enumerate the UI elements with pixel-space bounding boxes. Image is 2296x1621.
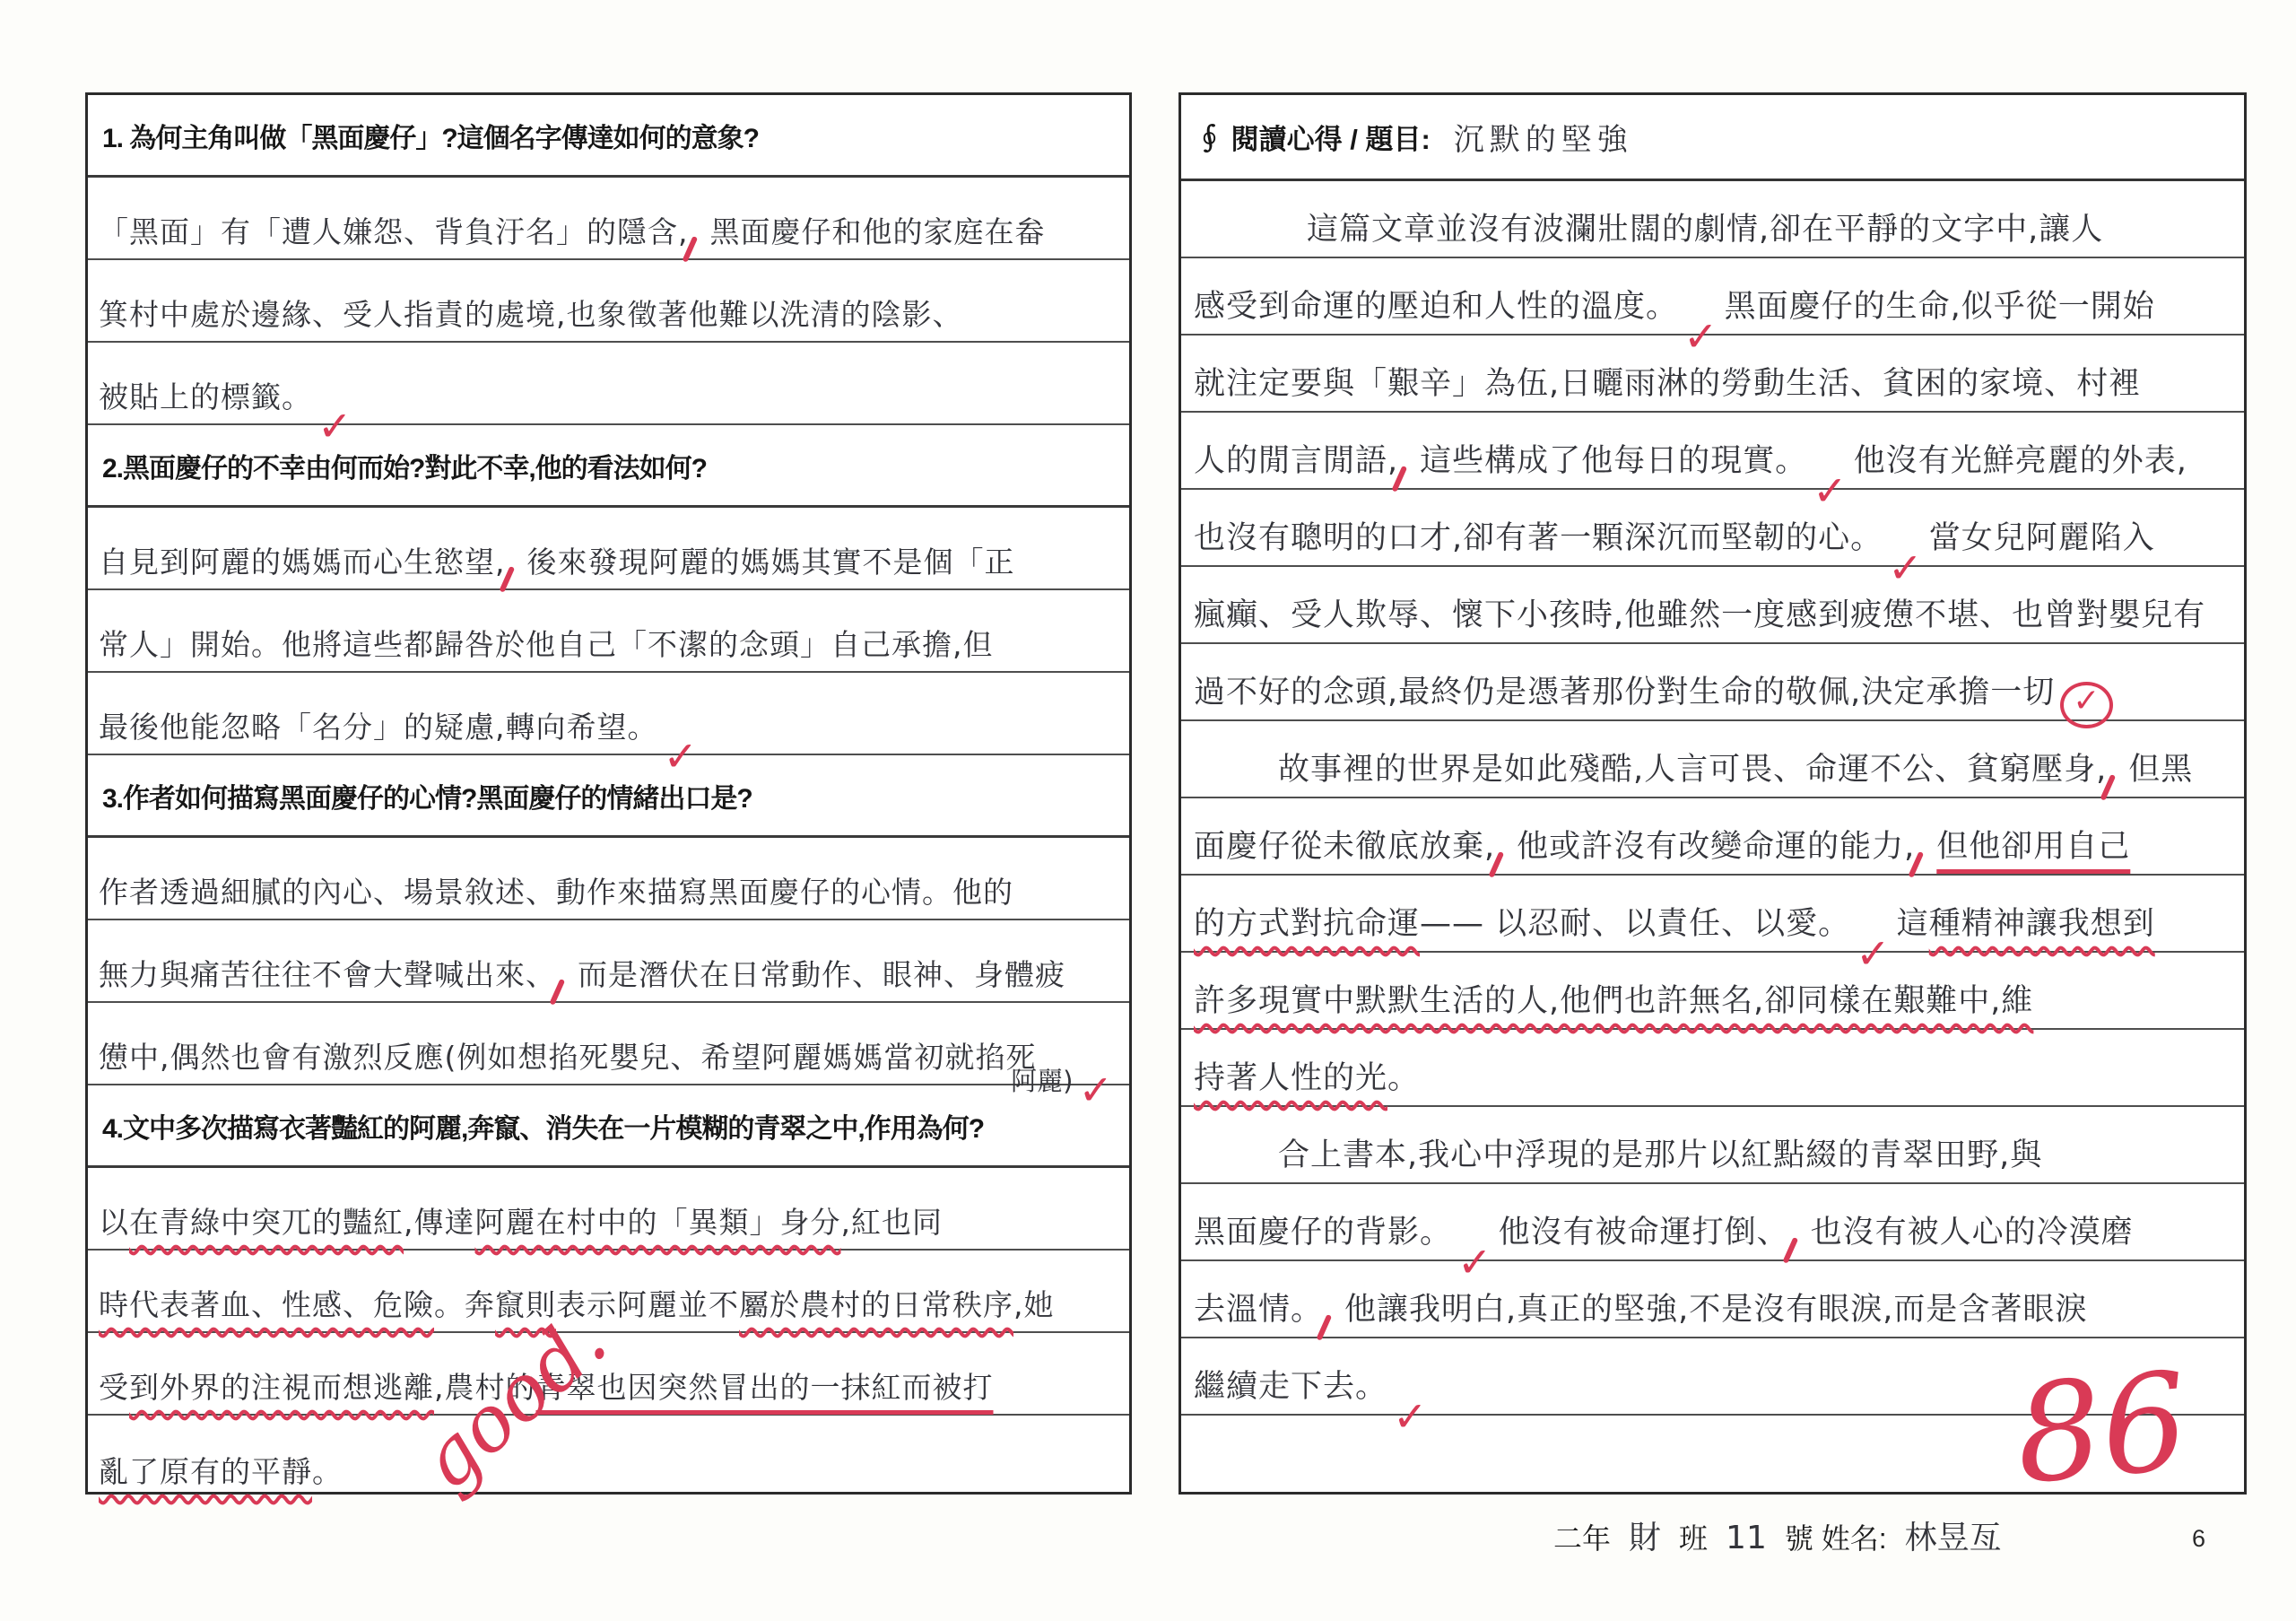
handwriting-segment: 這 <box>1897 899 1929 944</box>
reflection-line-6: 瘋癲、受人欺辱、懷下小孩時,他雖然一度感到疲憊不堪、也曾對嬰兒有 <box>1181 567 2244 644</box>
answer-3-line-3-text: 憊中,偶然也會有激烈反應(例如想掐死嬰兒、希望阿麗媽媽當初就掐死 <box>99 1034 1036 1076</box>
answer-4-line-4: 亂了原有的平靜。 <box>88 1416 1129 1498</box>
handwriting-segment: 他沒有光鮮亮麗的外表, <box>1854 436 2187 481</box>
handwriting-segment: 被貼上的標籤。 <box>99 374 312 416</box>
handwriting-segment: 黑面慶仔的背影。 <box>1194 1207 1452 1252</box>
question-2-header: 2.黑面慶仔的不幸由何而始?對此不幸,他的看法如何? <box>88 425 1129 508</box>
reflection-line-8: 故事裡的世界是如此殘酷,人言可畏、命運不公、貧窮壓身,但黑 <box>1181 721 2244 798</box>
handwriting-segment: 種精神讓我想到 <box>1929 899 2155 944</box>
handwriting-segment: 持著人性的光 <box>1194 1053 1387 1098</box>
handwriting-segment: 亂了原有的平靜 <box>99 1449 312 1491</box>
handwriting-segment: 在青綠中突兀的豔紅 <box>129 1199 404 1242</box>
handwriting-segment: 故事裡的世界是如此殘酷,人言可畏、命運不公、貧窮壓身, <box>1278 745 2107 789</box>
handwriting-segment: 也沒有聰明的口才,卻有著一顆深沉而堅韌的心。 <box>1194 513 1883 558</box>
reflection-line-9: 面慶仔從未徹底放棄,他或許沒有改變命運的能力,但他卻用自己 <box>1181 798 2244 876</box>
red-check-mark-icon <box>1078 1090 1113 1095</box>
reflection-line-12: 持著人性的光。 <box>1181 1030 2244 1107</box>
handwriting-segment: 但他卻用自己 <box>1936 822 2130 867</box>
reflection-line-2: 感受到命運的壓迫和人性的溫度。黑面慶仔的生命,似乎從一開始 <box>1181 258 2244 336</box>
handwriting-segment: ,她 <box>1013 1282 1055 1324</box>
reflection-line-11: 許多現實中默默生活的人,他們也許無名,卻同樣在艱難中,維 <box>1181 953 2244 1030</box>
handwriting-segment: 這篇文章並沒有波瀾壯闊的劇情,卻在平靜的文字中,讓人 <box>1307 205 2103 249</box>
handwriting-segment: 過不好的念頭,最終仍是憑著那份對生命的敬佩,決定承擔一切 <box>1194 667 2055 712</box>
handwriting-segment: 阿麗) <box>1011 1066 1073 1096</box>
reflection-header: ∮ 閱讀心得 / 題目: 沉默的堅強 <box>1181 95 2244 181</box>
handwriting-segment: 去溫情。 <box>1194 1285 1323 1329</box>
handwriting-segment: 瘋癲、受人欺辱、懷下小孩時,他雖然一度感到疲憊不堪、也曾對嬰兒有 <box>1194 590 2205 635</box>
handwriting-segment: 感受到命運的壓迫和人性的溫度。 <box>1194 282 1678 327</box>
handwriting-segment: 阿麗在村中的「異類」身分 <box>475 1199 841 1242</box>
page-number: 6 <box>2192 1525 2205 1553</box>
handwriting-segment: 後來發現阿麗的媽媽其實不是個「正 <box>527 539 1015 581</box>
handwriting-segment: 。 <box>1387 1053 1420 1098</box>
handwriting-segment: 無力與痛苦往往不會大聲喊出來、 <box>99 952 556 994</box>
handwriting-segment: 當女兒阿麗陷入 <box>1929 513 2155 558</box>
handwriting-segment: 到外界的注視而想逃離 <box>129 1364 434 1407</box>
handwriting-segment: ,紅也同 <box>841 1199 944 1242</box>
handwriting-segment: 就注定要與「艱辛」為伍,日曬雨淋的勞動生活、貧困的家境、村裡 <box>1194 359 2141 404</box>
reflection-line-5: 也沒有聰明的口才,卻有著一顆深沉而堅韌的心。當女兒阿麗陷入 <box>1181 490 2244 567</box>
reflection-line-4: 人的閒言閒語,這些構成了他每日的現實。他沒有光鮮亮麗的外表, <box>1181 413 2244 490</box>
reflection-line-13: 合上書本,我心中浮現的是那片以紅點綴的青翠田野,與 <box>1181 1107 2244 1184</box>
answer-3-line-2: 無力與痛苦往往不會大聲喊出來、而是潛伏在日常動作、眼神、身體疲 <box>88 920 1129 1003</box>
answer-4-line-2: 時代表著血、性感、危險。奔竄則表示阿麗並不屬於農村的日常秩序,她 <box>88 1251 1129 1333</box>
handwriting-segment: 他或許沒有改變命運的能力, <box>1517 822 1915 867</box>
handwriting-segment: 許多現實中默默生活的人,他們也許無名,卻同樣在艱難中,維 <box>1194 976 2033 1021</box>
student-identity-line: 二年 財 班 11 號 姓名: 林昱亙 <box>1553 1512 2002 1558</box>
seat-number-handwritten: 11 <box>1726 1520 1767 1556</box>
handwriting-segment: 自見到阿麗的媽媽而心生慾望, <box>99 539 506 581</box>
scanned-worksheet-page: 1. 為何主角叫做「黑面慶仔」?這個名字傳達如何的意象? 「黑面」有「遭人嫌怨、… <box>0 0 2296 1621</box>
answer-3-overflow-note: 阿麗) <box>1011 1061 1118 1098</box>
reflection-line-10: 的方式對抗命運 —— 以忍耐、以責任、以愛。這種精神讓我想到 <box>1181 876 2244 953</box>
reading-reflection-table: ∮ 閱讀心得 / 題目: 沉默的堅強 這篇文章並沒有波瀾壯闊的劇情,卻在平靜的文… <box>1178 92 2247 1495</box>
handwriting-segment: 合上書本,我心中浮現的是那片以紅點綴的青翠田野,與 <box>1278 1130 2042 1175</box>
handwriting-segment: 憊中,偶然也會有激烈反應(例如想掐死嬰兒、希望阿麗媽媽當初就掐死 <box>99 1040 1036 1075</box>
handwriting-segment: 。 <box>312 1449 343 1491</box>
reflection-title-handwritten: 沉默的堅強 <box>1454 115 1633 159</box>
question-3-text: 3.作者如何描寫黑面慶仔的心情?黑面慶仔的情緒出口是? <box>102 776 752 815</box>
handwriting-segment: 時代表著血、性感、危險 <box>99 1282 434 1324</box>
answer-1-line-2: 箕村中處於邊緣、受人指責的處境,也象徵著他難以洗清的陰影、 <box>88 260 1129 343</box>
answer-2-line-1: 自見到阿麗的媽媽而心生慾望,後來發現阿麗的媽媽其實不是個「正 <box>88 508 1129 590</box>
handwriting-segment: —— 以忍耐、以責任、以愛。 <box>1420 899 1850 944</box>
handwriting-segment: 以 <box>99 1199 129 1242</box>
class-label: 班 <box>1679 1516 1708 1557</box>
class-name-handwritten: 財 <box>1629 1512 1661 1558</box>
handwriting-segment: 最後他能忽略「名分」的疑慮,轉向希望。 <box>99 704 658 746</box>
question-answer-table: 1. 為何主角叫做「黑面慶仔」?這個名字傳達如何的意象? 「黑面」有「遭人嫌怨、… <box>85 92 1132 1495</box>
answer-1-line-3: 被貼上的標籤。 <box>88 343 1129 425</box>
handwriting-segment: 而是潛伏在日常動作、眼神、身體疲 <box>578 952 1065 994</box>
question-1-header: 1. 為何主角叫做「黑面慶仔」?這個名字傳達如何的意象? <box>88 95 1129 178</box>
question-1-text: 1. 為何主角叫做「黑面慶仔」?這個名字傳達如何的意象? <box>102 116 759 155</box>
question-4-header: 4.文中多次描寫衣著豔紅的阿麗,奔竄、消失在一片模糊的青翠之中,作用為何? <box>88 1085 1129 1168</box>
handwriting-segment: 屬於農村的日常秩序 <box>739 1282 1013 1324</box>
handwriting-segment: 也沒有被人心的冷漠磨 <box>1811 1207 2134 1252</box>
question-4-text: 4.文中多次描寫衣著豔紅的阿麗,奔竄、消失在一片模糊的青翠之中,作用為何? <box>102 1106 984 1146</box>
handwriting-segment: 面慶仔從未徹底放棄, <box>1194 822 1495 867</box>
answer-2-line-3: 最後他能忽略「名分」的疑慮,轉向希望。 <box>88 673 1129 755</box>
grade-label: 二年 <box>1553 1516 1611 1557</box>
handwriting-segment: 這些構成了他每日的現實。 <box>1420 436 1807 481</box>
question-2-text: 2.黑面慶仔的不幸由何而始?對此不幸,他的看法如何? <box>102 446 707 485</box>
handwriting-segment: 受 <box>99 1364 129 1407</box>
reflection-header-label: ∮ 閱讀心得 / 題目: <box>1196 117 1431 157</box>
reflection-line-1: 這篇文章並沒有波瀾壯闊的劇情,卻在平靜的文字中,讓人 <box>1181 181 2244 258</box>
handwriting-segment: 的方式對抗命運 <box>1194 899 1420 944</box>
answer-3-line-3: 憊中,偶然也會有激烈反應(例如想掐死嬰兒、希望阿麗媽媽當初就掐死 阿麗) <box>88 1003 1129 1085</box>
handwriting-segment: 常人」開始。他將這些都歸咎於他自己「不潔的念頭」自己承擔,但 <box>99 622 994 664</box>
handwriting-segment: 箕村中處於邊緣、受人指責的處境,也象徵著他難以洗清的陰影、 <box>99 292 963 334</box>
student-name-handwritten: 林昱亙 <box>1905 1512 2002 1558</box>
handwriting-segment: ,傳達 <box>404 1199 475 1242</box>
reflection-line-3: 就注定要與「艱辛」為伍,日曬雨淋的勞動生活、貧困的家境、村裡 <box>1181 336 2244 413</box>
reflection-line-7: 過不好的念頭,最終仍是憑著那份對生命的敬佩,決定承擔一切 <box>1181 644 2244 721</box>
reflection-line-15: 去溫情。他讓我明白,真正的堅強,不是沒有眼淚,而是含著眼淚 <box>1181 1261 2244 1338</box>
handwriting-segment: 他讓我明白,真正的堅強,不是沒有眼淚,而是含著眼淚 <box>1344 1285 2087 1329</box>
handwriting-segment: 人的閒言閒語, <box>1194 436 1398 481</box>
teacher-score: 86 <box>2011 1355 2193 1503</box>
answer-3-line-1: 作者透過細膩的內心、場景敘述、動作來描寫黑面慶仔的心情。他的 <box>88 838 1129 920</box>
answer-2-line-2: 常人」開始。他將這些都歸咎於他自己「不潔的念頭」自己承擔,但 <box>88 590 1129 673</box>
handwriting-segment: 「黑面」有「遭人嫌怨、背負汙名」的隱含, <box>99 209 689 251</box>
question-3-header: 3.作者如何描寫黑面慶仔的心情?黑面慶仔的情緒出口是? <box>88 755 1129 838</box>
handwriting-segment: 但黑 <box>2128 745 2193 789</box>
handwriting-segment: 。奔 <box>434 1282 495 1324</box>
handwriting-segment: 他沒有被命運打倒、 <box>1499 1207 1789 1252</box>
reflection-line-14: 黑面慶仔的背影。他沒有被命運打倒、也沒有被人心的冷漠磨 <box>1181 1184 2244 1261</box>
handwriting-segment: 作者透過細膩的內心、場景敘述、動作來描寫黑面慶仔的心情。他的 <box>99 869 1013 911</box>
answer-1-line-1: 「黑面」有「遭人嫌怨、背負汙名」的隱含,黑面慶仔和他的家庭在畚 <box>88 178 1129 260</box>
handwriting-segment: 黑面慶仔和他的家庭在畚 <box>710 209 1046 251</box>
seat-name-label: 號 姓名: <box>1785 1516 1887 1557</box>
handwriting-segment: 繼續走下去。 <box>1194 1362 1387 1407</box>
handwriting-segment: 黑面慶仔的生命,似乎從一開始 <box>1725 282 2155 327</box>
answer-4-line-1: 以在青綠中突兀的豔紅,傳達阿麗在村中的「異類」身分,紅也同 <box>88 1168 1129 1251</box>
